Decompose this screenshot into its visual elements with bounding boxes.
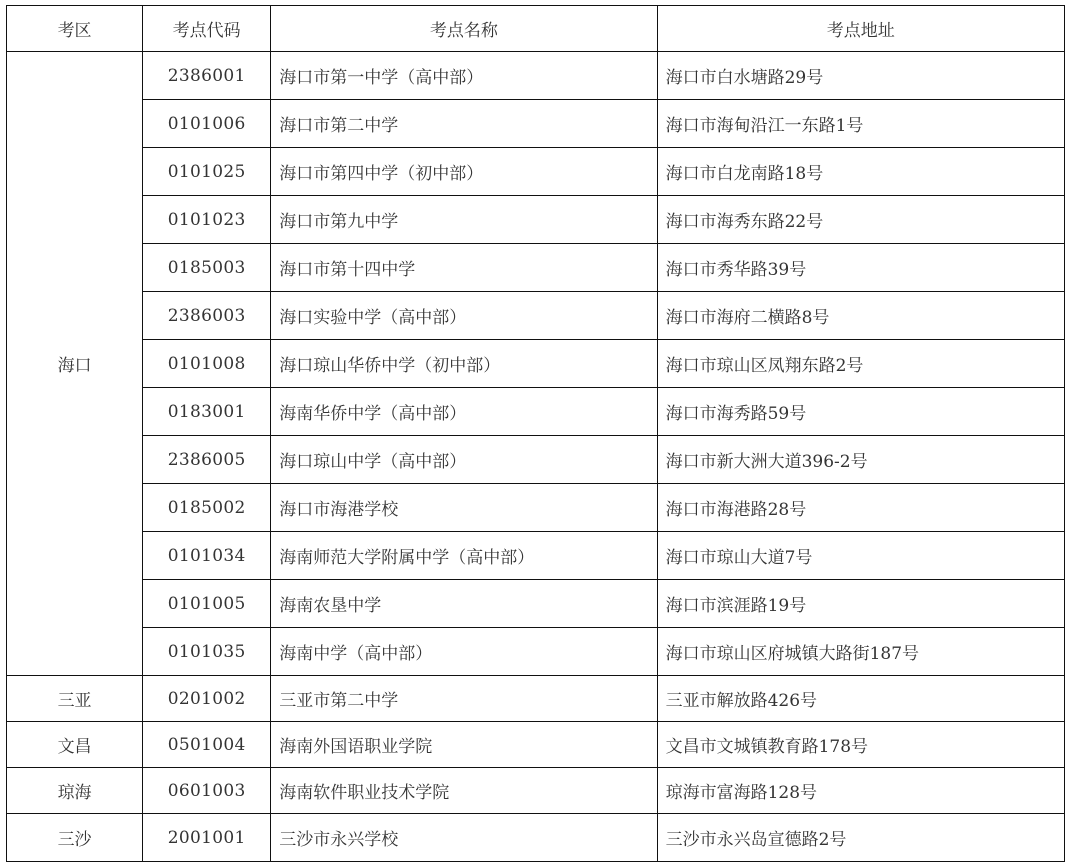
zone-cell: 三亚	[7, 676, 143, 722]
site-address: 三亚市解放路426号	[657, 676, 1064, 722]
table-row: 三沙 2001001 三沙市永兴学校 三沙市永兴岛宣德路2号	[7, 814, 1065, 862]
table-row: 琼海 0601003 海南软件职业技术学院 琼海市富海路128号	[7, 768, 1065, 814]
site-code: 2001001	[143, 814, 271, 862]
site-address: 海口市滨涯路19号	[657, 580, 1064, 628]
header-row: 考区 考点代码 考点名称 考点地址	[7, 6, 1065, 52]
site-code: 0201002	[143, 676, 271, 722]
header-zone: 考区	[7, 6, 143, 52]
site-name: 海口市第十四中学	[271, 244, 657, 292]
site-code: 0101006	[143, 100, 271, 148]
table-row: 2386003 海口实验中学（高中部） 海口市海府二横路8号	[7, 292, 1065, 340]
site-address: 文昌市文城镇教育路178号	[657, 722, 1064, 768]
site-name: 三沙市永兴学校	[271, 814, 657, 862]
site-address: 海口市秀华路39号	[657, 244, 1064, 292]
table-row: 2386005 海口琼山中学（高中部） 海口市新大洲大道396-2号	[7, 436, 1065, 484]
zone-cell: 文昌	[7, 722, 143, 768]
site-code: 0185002	[143, 484, 271, 532]
site-address: 海口市海港路28号	[657, 484, 1064, 532]
table-row: 0101025 海口市第四中学（初中部） 海口市白龙南路18号	[7, 148, 1065, 196]
site-name: 海口市第一中学（高中部）	[271, 52, 657, 100]
site-name: 海口市第四中学（初中部）	[271, 148, 657, 196]
site-address: 海口市海甸沿江一东路1号	[657, 100, 1064, 148]
table-row: 0185002 海口市海港学校 海口市海港路28号	[7, 484, 1065, 532]
zone-cell: 海口	[7, 52, 143, 676]
site-code: 2386001	[143, 52, 271, 100]
site-name: 海南软件职业技术学院	[271, 768, 657, 814]
table-row: 0101034 海南师范大学附属中学（高中部） 海口市琼山大道7号	[7, 532, 1065, 580]
table-row: 0101005 海南农垦中学 海口市滨涯路19号	[7, 580, 1065, 628]
site-code: 0501004	[143, 722, 271, 768]
table-row: 0185003 海口市第十四中学 海口市秀华路39号	[7, 244, 1065, 292]
table-row: 0101006 海口市第二中学 海口市海甸沿江一东路1号	[7, 100, 1065, 148]
site-name: 海口琼山华侨中学（初中部）	[271, 340, 657, 388]
site-name: 海南中学（高中部）	[271, 628, 657, 676]
site-address: 海口市琼山大道7号	[657, 532, 1064, 580]
site-name: 海南外国语职业学院	[271, 722, 657, 768]
site-code: 2386003	[143, 292, 271, 340]
site-code: 2386005	[143, 436, 271, 484]
table-row: 0101008 海口琼山华侨中学（初中部） 海口市琼山区凤翔东路2号	[7, 340, 1065, 388]
site-name: 海口市海港学校	[271, 484, 657, 532]
site-code: 0101034	[143, 532, 271, 580]
header-name: 考点名称	[271, 6, 657, 52]
site-name: 海口市第二中学	[271, 100, 657, 148]
site-name: 海口琼山中学（高中部）	[271, 436, 657, 484]
table-row: 三亚 0201002 三亚市第二中学 三亚市解放路426号	[7, 676, 1065, 722]
site-code: 0101008	[143, 340, 271, 388]
site-code: 0101005	[143, 580, 271, 628]
zone-cell: 三沙	[7, 814, 143, 862]
site-name: 海口市第九中学	[271, 196, 657, 244]
site-address: 海口市白龙南路18号	[657, 148, 1064, 196]
site-address: 海口市琼山区凤翔东路2号	[657, 340, 1064, 388]
site-name: 海口实验中学（高中部）	[271, 292, 657, 340]
site-address: 海口市海秀东路22号	[657, 196, 1064, 244]
site-name: 三亚市第二中学	[271, 676, 657, 722]
table-row: 0101023 海口市第九中学 海口市海秀东路22号	[7, 196, 1065, 244]
site-code: 0183001	[143, 388, 271, 436]
site-code: 0101035	[143, 628, 271, 676]
site-name: 海南师范大学附属中学（高中部）	[271, 532, 657, 580]
exam-sites-table: 考区 考点代码 考点名称 考点地址 海口 2386001 海口市第一中学（高中部…	[6, 5, 1065, 862]
site-code: 0101025	[143, 148, 271, 196]
site-name: 海南华侨中学（高中部）	[271, 388, 657, 436]
site-address: 海口市琼山区府城镇大路街187号	[657, 628, 1064, 676]
site-address: 海口市白水塘路29号	[657, 52, 1064, 100]
site-address: 海口市新大洲大道396-2号	[657, 436, 1064, 484]
header-code: 考点代码	[143, 6, 271, 52]
table-row: 0183001 海南华侨中学（高中部） 海口市海秀路59号	[7, 388, 1065, 436]
site-address: 琼海市富海路128号	[657, 768, 1064, 814]
table-row: 海口 2386001 海口市第一中学（高中部） 海口市白水塘路29号	[7, 52, 1065, 100]
table-row: 0101035 海南中学（高中部） 海口市琼山区府城镇大路街187号	[7, 628, 1065, 676]
header-address: 考点地址	[657, 6, 1064, 52]
site-address: 三沙市永兴岛宣德路2号	[657, 814, 1064, 862]
site-name: 海南农垦中学	[271, 580, 657, 628]
site-address: 海口市海府二横路8号	[657, 292, 1064, 340]
site-code: 0601003	[143, 768, 271, 814]
table-row: 文昌 0501004 海南外国语职业学院 文昌市文城镇教育路178号	[7, 722, 1065, 768]
site-code: 0185003	[143, 244, 271, 292]
site-address: 海口市海秀路59号	[657, 388, 1064, 436]
zone-cell: 琼海	[7, 768, 143, 814]
site-code: 0101023	[143, 196, 271, 244]
